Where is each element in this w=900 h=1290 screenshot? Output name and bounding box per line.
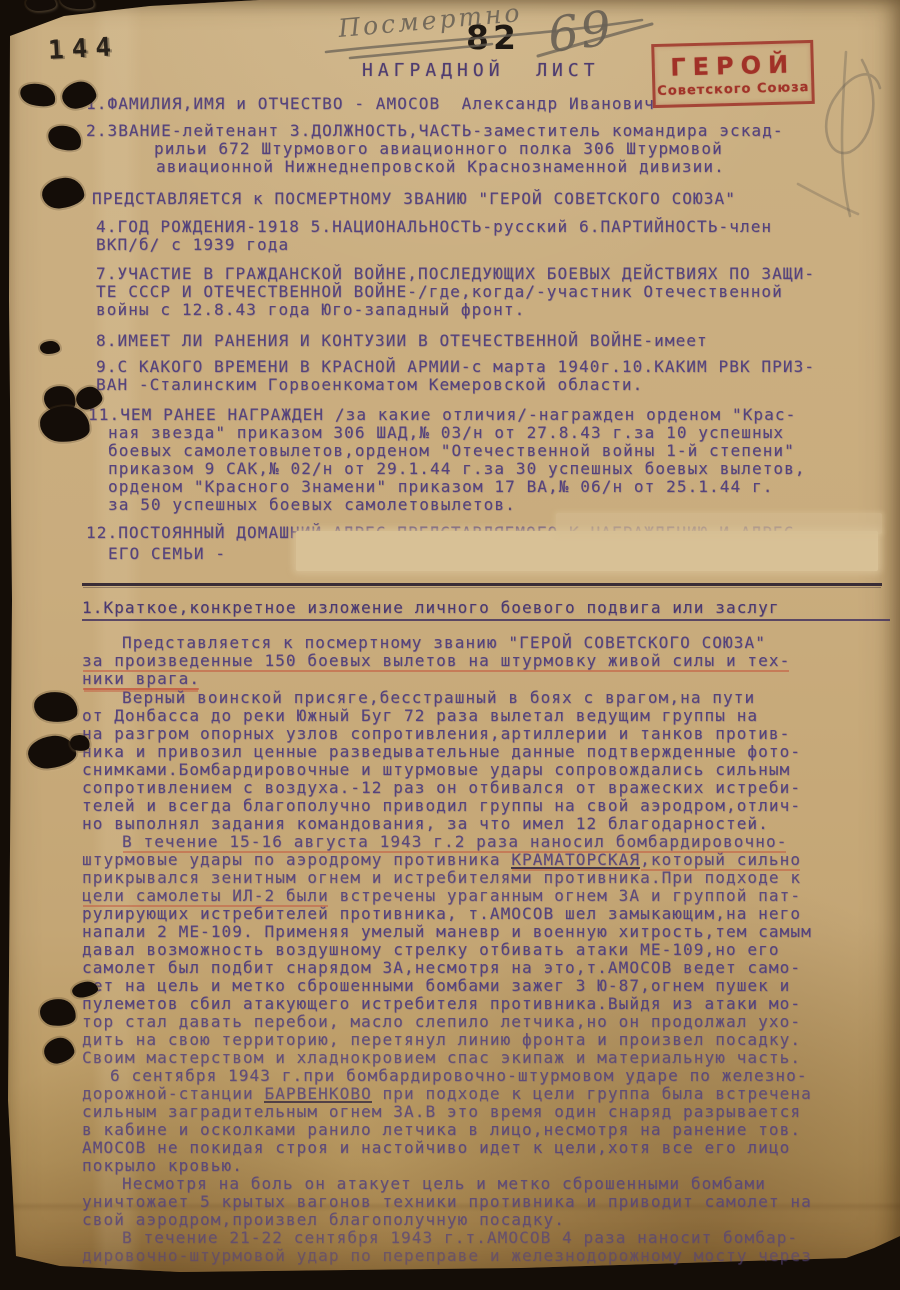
typed-line: Своим мастерством и хладнокровием спас э… [82,1049,890,1067]
typed-line: Верный воинской присяге,бесстрашный в бо… [82,689,890,707]
typed-line: В течение 21-22 сентября 1943 г.т.АМОСОВ… [82,1229,890,1247]
typed-line: но выполнял задания командования, за что… [82,815,890,833]
punch-hole [26,0,56,11]
section-heading: 1.Краткое,конкретное изложение личного б… [82,599,890,621]
typed-line: за 50 успешных боевых самолетовылетов. [82,496,890,514]
punch-hole [40,341,60,354]
typed-line: на разгром опорных узлов сопротивления,а… [82,725,890,743]
typed-line: авиационной Нижнеднепровской Краснознаме… [82,158,890,176]
typed-body: 1.ФАМИЛИЯ,ИМЯ и ОТЧЕСТВО - АМОСОВ Алекса… [82,86,890,1265]
typed-line: 4.ГОД РОЖДЕНИЯ-1918 5.НАЦИОНАЛЬНОСТЬ-рус… [82,218,890,236]
stamp-line-1: ГЕРОЙ [670,50,795,81]
typed-line: сильным заградительным огнем ЗА.В это вр… [82,1103,890,1121]
registry-number-crossed-out: 69 [545,0,616,64]
typed-line: АМОСОВ не покидая строя и настойчиво иде… [82,1139,890,1157]
document-title: НАГРАДНОЙ ЛИСТ [362,60,600,81]
punch-hole [59,0,95,11]
typed-line: 9.С КАКОГО ВРЕМЕНИ В КРАСНОЙ АРМИИ-с мар… [82,358,890,376]
typed-line: 6 сентября 1943 г.при бомбардировочно-шт… [82,1067,890,1085]
typed-line: ника и привозил ценные разведывательные … [82,743,890,761]
typed-line: напали 2 МЕ-109. Применяя умелый маневр … [82,923,890,941]
document-page: 144 Посмертно 82 69 НАГРАДНОЙ ЛИСТ ГЕРОЙ… [0,0,900,1290]
typed-line: пулеметов сбил атакующего истребителя пр… [82,995,890,1013]
typed-line: штурмовые удары по аэродрому противника … [82,851,890,869]
typed-line: телей и всегда благополучно приводил гру… [82,797,890,815]
typed-line: цели самолеты ИЛ-2 были встречены ураган… [82,887,890,905]
typed-line: приказом 9 САК,№ 02/н от 29.1.44 г.за 30… [82,460,890,478]
typed-line: сопротивлением с воздуха.-12 раз он отби… [82,779,890,797]
typed-line: в кабине и осколками ранило летчика в ли… [82,1121,890,1139]
typed-line: самолет был подбит снарядом ЗА,несмотря … [82,959,890,977]
typed-line: орденом "Красного Знамени" приказом 17 В… [82,478,890,496]
redaction-block [556,513,882,534]
typed-line: от Донбасса до реки Южный Буг 72 раза вы… [82,707,890,725]
typed-line: ПРЕДСТАВЛЯЕТСЯ к ПОСМЕРТНОМУ ЗВАНИЮ "ГЕР… [82,190,890,208]
typed-line: ная звезда" приказом 306 ШАД,№ 03/н от 2… [82,424,890,442]
typed-line: свой аэродром,произвел благополучную пос… [82,1211,890,1229]
redaction-block [296,531,878,571]
typed-line: дить на свою территорию, перетянул линию… [82,1031,890,1049]
typed-line: ВАН -Сталинским Горвоенкоматом Кемеровск… [82,376,890,394]
page-number-stamp: 144 [47,32,119,66]
typed-line: рильи 672 Штурмового авиационного полка … [82,140,890,158]
typed-line: Несмотря на боль он атакует цель и метко… [82,1175,890,1193]
typed-line: войны с 12.8.43 года Юго-западный фронт. [82,301,890,319]
typed-line: прикрывался зенитным огнем и истребителя… [82,869,890,887]
section-divider [82,583,882,586]
typed-line: рулирующих истребителей противника, т.АМ… [82,905,890,923]
typed-line: 1.ФАМИЛИЯ,ИМЯ и ОТЧЕСТВО - АМОСОВ Алекса… [82,95,890,113]
typed-line: дорожной-станции БАРВЕНКОВО при подходе … [82,1085,890,1103]
registry-number-typed: 82 [466,18,520,57]
typed-line: боевых самолетовылетов,орденом "Отечеств… [82,442,890,460]
typed-line: лет на цель и метко сброшенными бомбами … [82,977,890,995]
typed-line: 7.УЧАСТИЕ В ГРАЖДАНСКОЙ ВОЙНЕ,ПОСЛЕДУЮЩИ… [82,265,890,283]
typed-line: 2.ЗВАНИЕ-лейтенант 3.ДОЛЖНОСТЬ,ЧАСТЬ-зам… [82,122,890,140]
typed-line: за произведенные 150 боевых вылетов на ш… [82,652,890,670]
typed-line: 11.ЧЕМ РАНЕЕ НАГРАЖДЕН /за какие отличия… [82,406,890,424]
typed-line: тор стал давать перебои, масло слепило л… [82,1013,890,1031]
typed-line: ТЕ СССР И ОТЕЧЕСТВЕННОЙ ВОЙНЕ-/где,когда… [82,283,890,301]
typed-line: ники врага. [82,670,890,688]
typed-line: снимками.Бомбардировочные и штурмовые уд… [82,761,890,779]
typed-line: дировочно-штурмовой удар по переправе и … [82,1247,890,1265]
typed-line: покрыло кровью. [82,1157,890,1175]
typed-line: уничтожает 5 крытых вагонов техники прот… [82,1193,890,1211]
typed-line: ВКП/б/ с 1939 года [82,236,890,254]
typed-line: В течение 15-16 августа 1943 г.2 раза на… [82,833,890,851]
typed-line: 8.ИМЕЕТ ЛИ РАНЕНИЯ И КОНТУЗИИ В ОТЕЧЕСТВ… [82,332,890,350]
typed-line: Представляется к посмертному званию "ГЕР… [82,634,890,652]
typed-line: давал возможность воздушному стрелку отб… [82,941,890,959]
